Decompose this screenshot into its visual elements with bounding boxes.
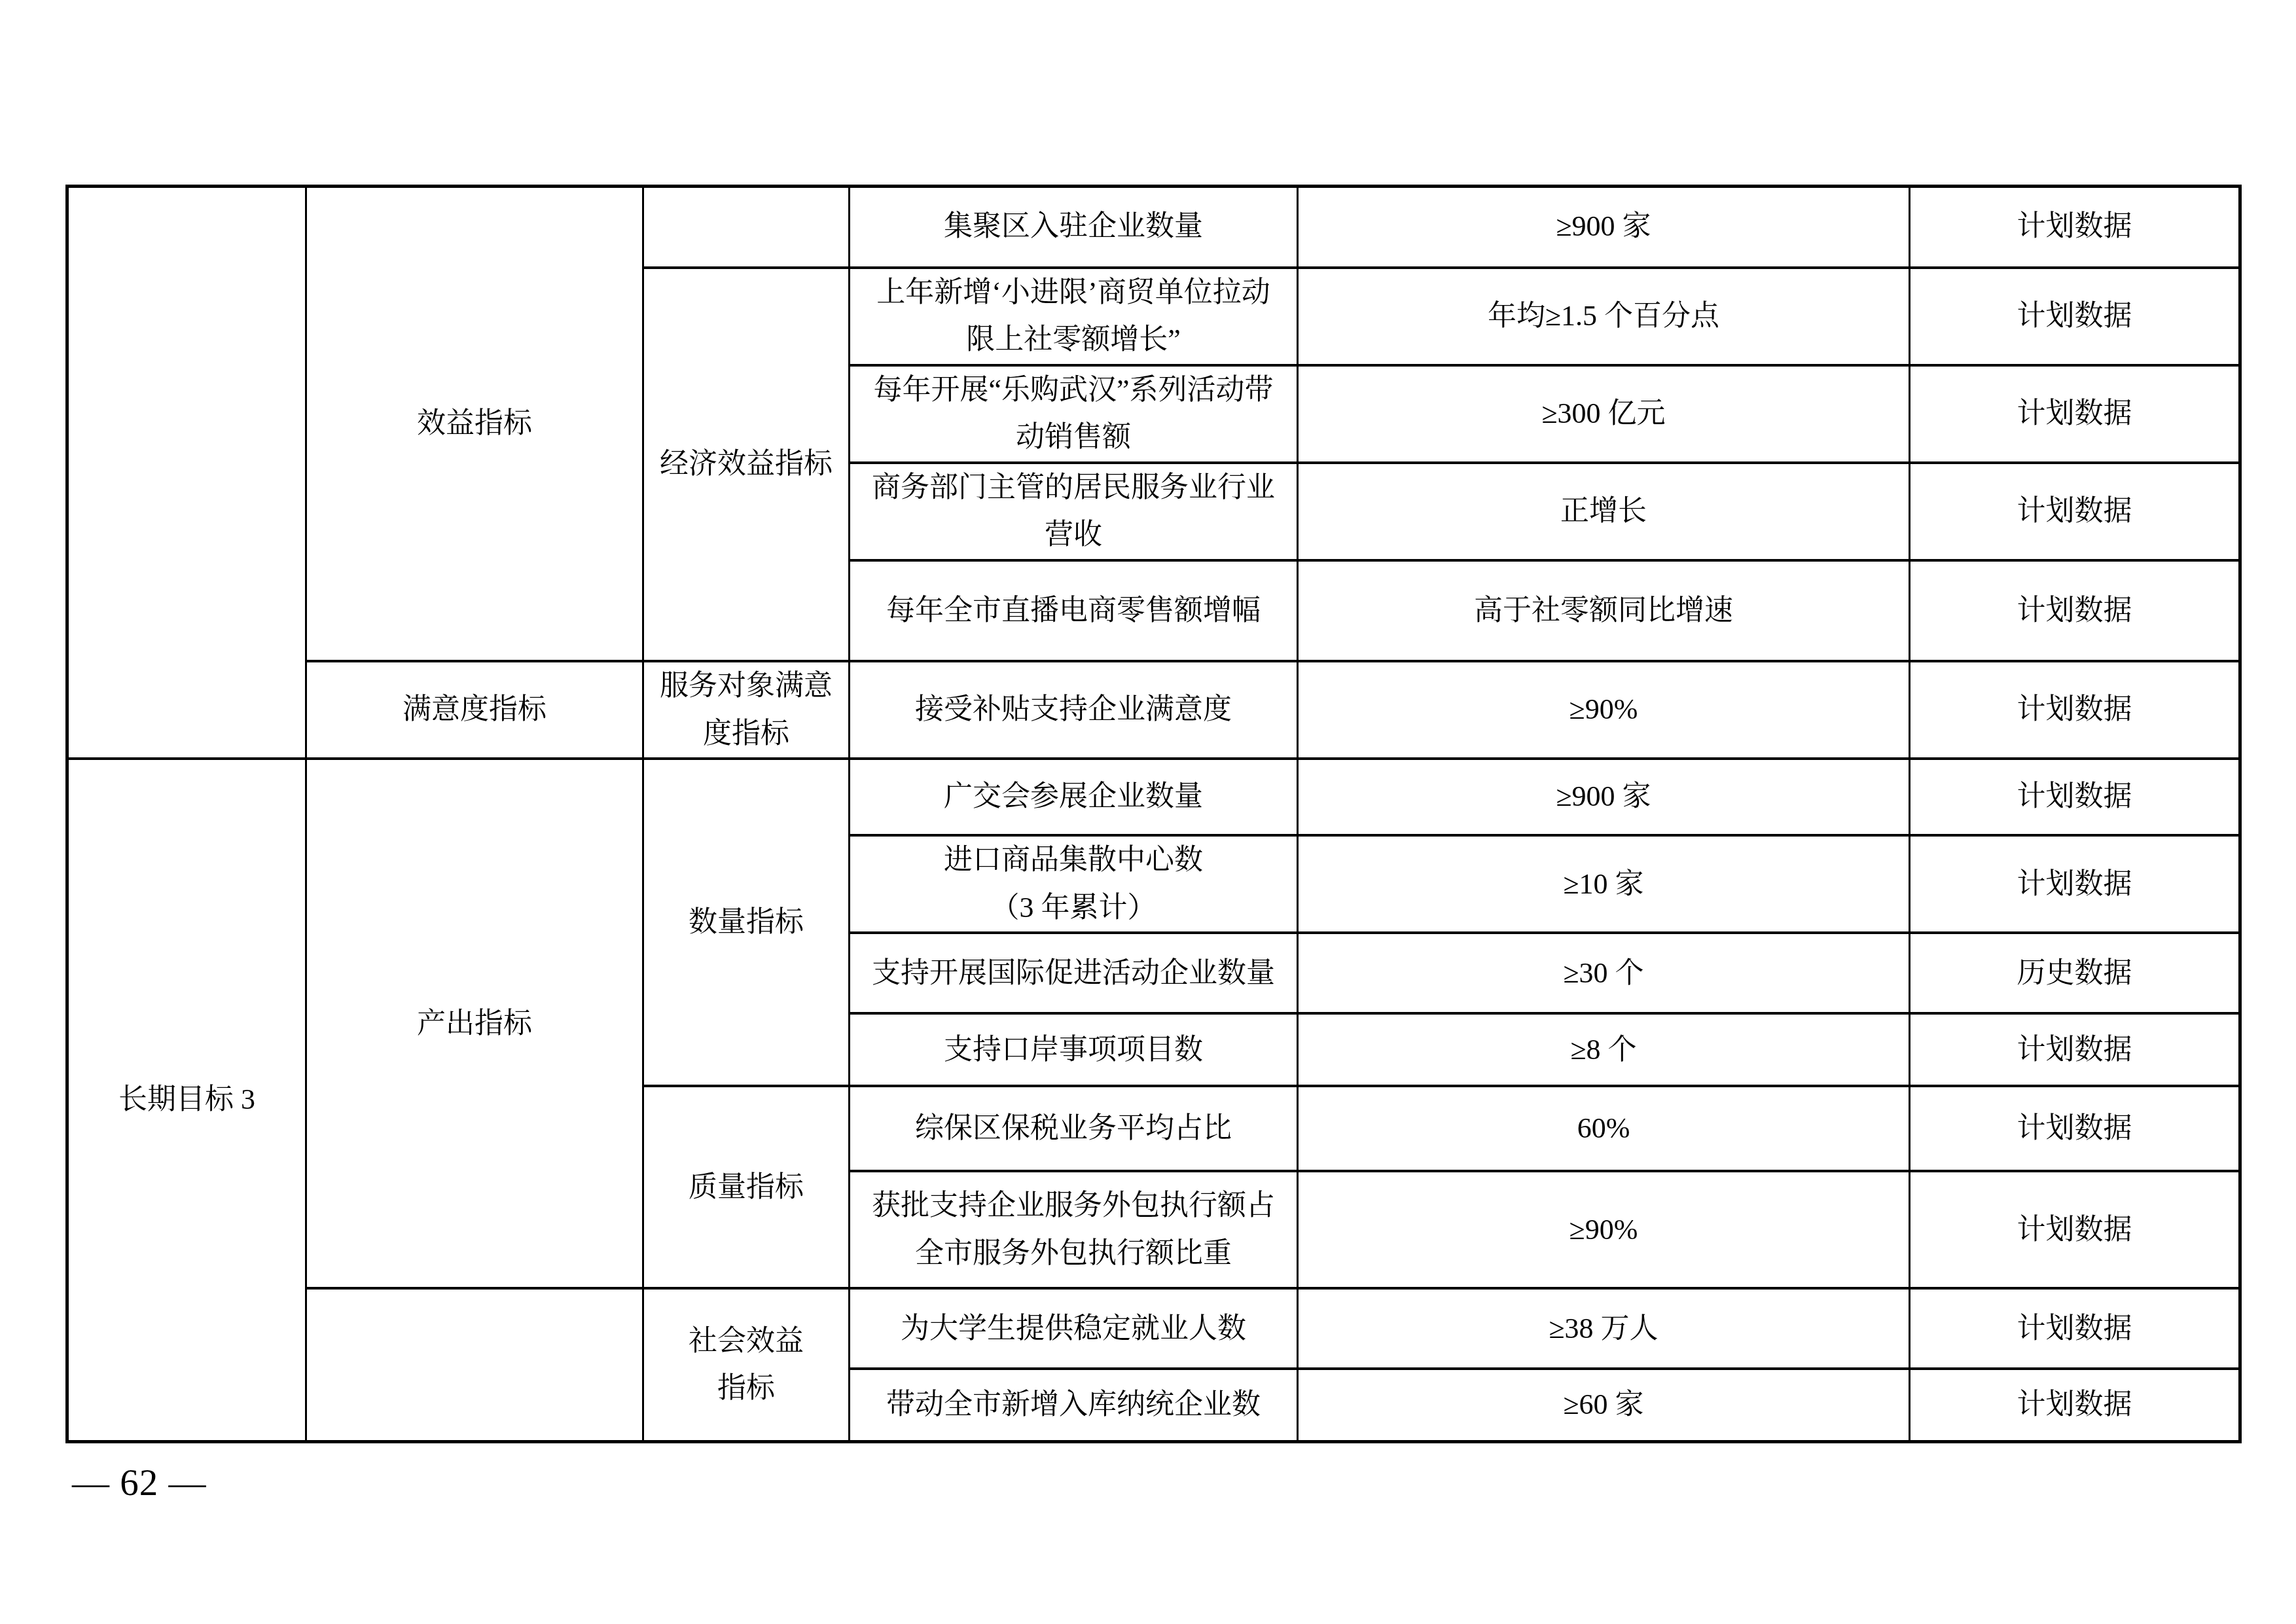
cell-data-source: 计划数据	[1910, 759, 2240, 835]
cell-subgroup-service-satisfaction: 服务对象满意 度指标	[643, 661, 850, 759]
cell-data-source: 计划数据	[1910, 1013, 2240, 1086]
page-number: — 62 —	[72, 1461, 207, 1506]
cell-indicator-name: 每年开展“乐购武汉”系列活动带 动销售额	[850, 365, 1298, 463]
cell-data-source: 历史数据	[1910, 933, 2240, 1013]
table-row: 长期目标 3 产出指标 数量指标 广交会参展企业数量 ≥900 家 计划数据	[67, 759, 2240, 835]
cell-data-source: 计划数据	[1910, 463, 2240, 560]
cell-target-value: ≥8 个	[1298, 1013, 1910, 1086]
cell-target-value: ≥10 家	[1298, 835, 1910, 933]
cell-data-source: 计划数据	[1910, 187, 2240, 268]
cell-subgroup-social-benefit: 社会效益 指标	[643, 1288, 850, 1441]
cell-target-value: 高于社零额同比增速	[1298, 560, 1910, 661]
performance-indicator-table: 效益指标 集聚区入驻企业数量 ≥900 家 计划数据 经济效益指标 上年新增‘小…	[65, 185, 2242, 1443]
cell-indicator-name: 为大学生提供稳定就业人数	[850, 1288, 1298, 1369]
cell-indicator-name: 集聚区入驻企业数量	[850, 187, 1298, 268]
cell-indicator-name: 进口商品集散中心数 （3 年累计）	[850, 835, 1298, 933]
cell-target-value: ≥60 家	[1298, 1369, 1910, 1441]
cell-target-value: 60%	[1298, 1086, 1910, 1171]
cell-data-source: 计划数据	[1910, 268, 2240, 365]
cell-data-source: 计划数据	[1910, 1369, 2240, 1441]
cell-indicator-name: 商务部门主管的居民服务业行业 营收	[850, 463, 1298, 560]
cell-data-source: 计划数据	[1910, 835, 2240, 933]
cell-indicator-name: 综保区保税业务平均占比	[850, 1086, 1298, 1171]
cell-subgroup-economic-benefit: 经济效益指标	[643, 268, 850, 662]
cell-group-output-indicators: 产出指标	[306, 759, 643, 1288]
cell-target-value: ≥900 家	[1298, 759, 1910, 835]
cell-indicator-name: 广交会参展企业数量	[850, 759, 1298, 835]
cell-target-value: ≥90%	[1298, 1171, 1910, 1288]
cell-target-value: ≥30 个	[1298, 933, 1910, 1013]
cell-data-source: 计划数据	[1910, 1086, 2240, 1171]
table-row: 效益指标 集聚区入驻企业数量 ≥900 家 计划数据	[67, 187, 2240, 268]
cell-data-source: 计划数据	[1910, 661, 2240, 759]
cell-target-value: 年均≥1.5 个百分点	[1298, 268, 1910, 365]
cell-target-value: ≥900 家	[1298, 187, 1910, 268]
cell-data-source: 计划数据	[1910, 1288, 2240, 1369]
cell-group-satisfaction-indicators: 满意度指标	[306, 661, 643, 759]
cell-indicator-name: 获批支持企业服务外包执行额占 全市服务外包执行额比重	[850, 1171, 1298, 1288]
cell-target-value: 正增长	[1298, 463, 1910, 560]
cell-indicator-name: 支持口岸事项项目数	[850, 1013, 1298, 1086]
cell-indicator-name: 接受补贴支持企业满意度	[850, 661, 1298, 759]
cell-indicator-name: 每年全市直播电商零售额增幅	[850, 560, 1298, 661]
cell-goal-blank	[67, 187, 306, 759]
cell-subgroup-quality: 质量指标	[643, 1086, 850, 1288]
table-row: 社会效益 指标 为大学生提供稳定就业人数 ≥38 万人 计划数据	[67, 1288, 2240, 1369]
cell-data-source: 计划数据	[1910, 560, 2240, 661]
cell-target-value: ≥38 万人	[1298, 1288, 1910, 1369]
cell-data-source: 计划数据	[1910, 1171, 2240, 1288]
cell-indicator-name: 上年新增‘小进限’商贸单位拉动 限上社零额增长”	[850, 268, 1298, 365]
cell-indicator-name: 带动全市新增入库纳统企业数	[850, 1369, 1298, 1441]
cell-longterm-goal-3: 长期目标 3	[67, 759, 306, 1441]
cell-data-source: 计划数据	[1910, 365, 2240, 463]
cell-indicator-name: 支持开展国际促进活动企业数量	[850, 933, 1298, 1013]
document-page: 效益指标 集聚区入驻企业数量 ≥900 家 计划数据 经济效益指标 上年新增‘小…	[0, 0, 2296, 1624]
cell-subgroup-blank	[643, 187, 850, 268]
cell-group-blank	[306, 1288, 643, 1441]
cell-subgroup-quantity: 数量指标	[643, 759, 850, 1086]
cell-target-value: ≥300 亿元	[1298, 365, 1910, 463]
cell-group-benefit-indicators: 效益指标	[306, 187, 643, 662]
table-row: 满意度指标 服务对象满意 度指标 接受补贴支持企业满意度 ≥90% 计划数据	[67, 661, 2240, 759]
cell-target-value: ≥90%	[1298, 661, 1910, 759]
